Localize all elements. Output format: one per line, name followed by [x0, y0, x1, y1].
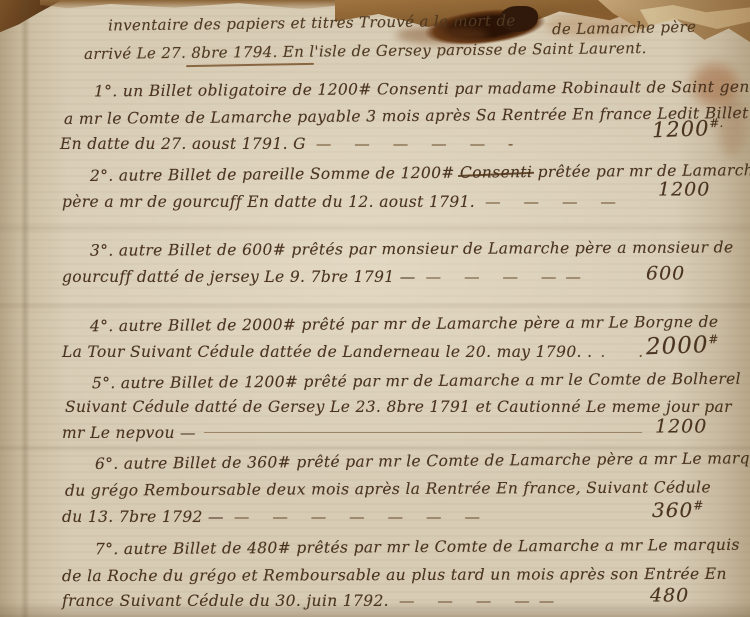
filler-dashes: — — — —— [426, 268, 590, 286]
filler-dashes: — — — — — - [316, 135, 522, 153]
header-line-2: arrivé Le 27. 8bre 1794. En l'isle de Ge… [84, 39, 647, 63]
filler-rule [204, 432, 642, 433]
entry-2-line-1: 2°. autre Billet de pareille Somme de 12… [90, 161, 750, 185]
paper-crease-h2 [0, 302, 750, 310]
header-line-1-right: de Lamarche père [552, 18, 697, 39]
entry-1-amount: 1200#. [652, 116, 724, 142]
entry-7-amount: 480 [650, 583, 689, 606]
header-underline [186, 63, 314, 67]
struck-word: Consenti [460, 163, 532, 182]
entry-1-line-2: a mr le Comte de Lamarche payable 3 mois… [64, 104, 749, 128]
entry-6-line-3: du 13. 7bre 1792 —— — — — — — — [62, 508, 489, 526]
entry-4-line-1: 4°. autre Billet de 2000# prêté par mr d… [90, 313, 719, 335]
entry-5-line-1: 5°. autre Billet de 1200# prêté par mr d… [92, 370, 741, 393]
entry-5-line-3: mr Le nepvou — [62, 424, 642, 442]
entry-6-amount: 360# [652, 498, 703, 522]
entry-6-line-2: du grégo Remboursable deux mois après la… [65, 478, 711, 499]
filler-dashes: — — — —— [399, 592, 563, 610]
entry-5-amount: 1200 [655, 414, 707, 437]
entry-4-line-2: La Tour Suivant Cédule dattée de Landern… [62, 343, 657, 361]
paper-crease-h1 [0, 224, 750, 232]
entry-6-line-1: 6°. autre Billet de 360# prêté par mr le… [95, 449, 750, 473]
manuscript-page: inventaire des papiers et titres Trouvé … [0, 0, 750, 617]
entry-3-line-2: gourcuff datté de jersey Le 9. 7bre 1791… [62, 268, 590, 286]
entry-1-line-1: 1°. un Billet obligatoire de 1200# Conse… [94, 78, 750, 101]
entry-7-line-2: de la Roche du grégo et Remboursable au … [62, 565, 727, 585]
entry-5-line-2: Suivant Cédule datté de Gersey Le 23. 8b… [65, 398, 732, 416]
entry-2-line-2: père a mr de gourcuff En datte du 12. ao… [62, 193, 625, 211]
entry-4-amount: 2000# [646, 332, 719, 361]
entry-3-amount: 600 [646, 261, 685, 284]
entry-1-line-3: En datte du 27. aoust 1791. G— — — — — - [60, 135, 522, 153]
filler-dashes: — — — — — — — [234, 508, 489, 526]
filler-dashes: — — — — [485, 193, 625, 211]
entry-7-line-1: 7°. autre Billet de 480# prêtés par mr l… [95, 536, 740, 559]
entry-3-line-1: 3°. autre Billet de 600# prêtés par mons… [90, 238, 734, 259]
entry-2-amount: 1200 [658, 177, 710, 200]
torn-edge-top-strip [40, 0, 360, 9]
entry-7-line-3: france Suivant Cédule du 30. juin 1792.—… [62, 592, 563, 610]
